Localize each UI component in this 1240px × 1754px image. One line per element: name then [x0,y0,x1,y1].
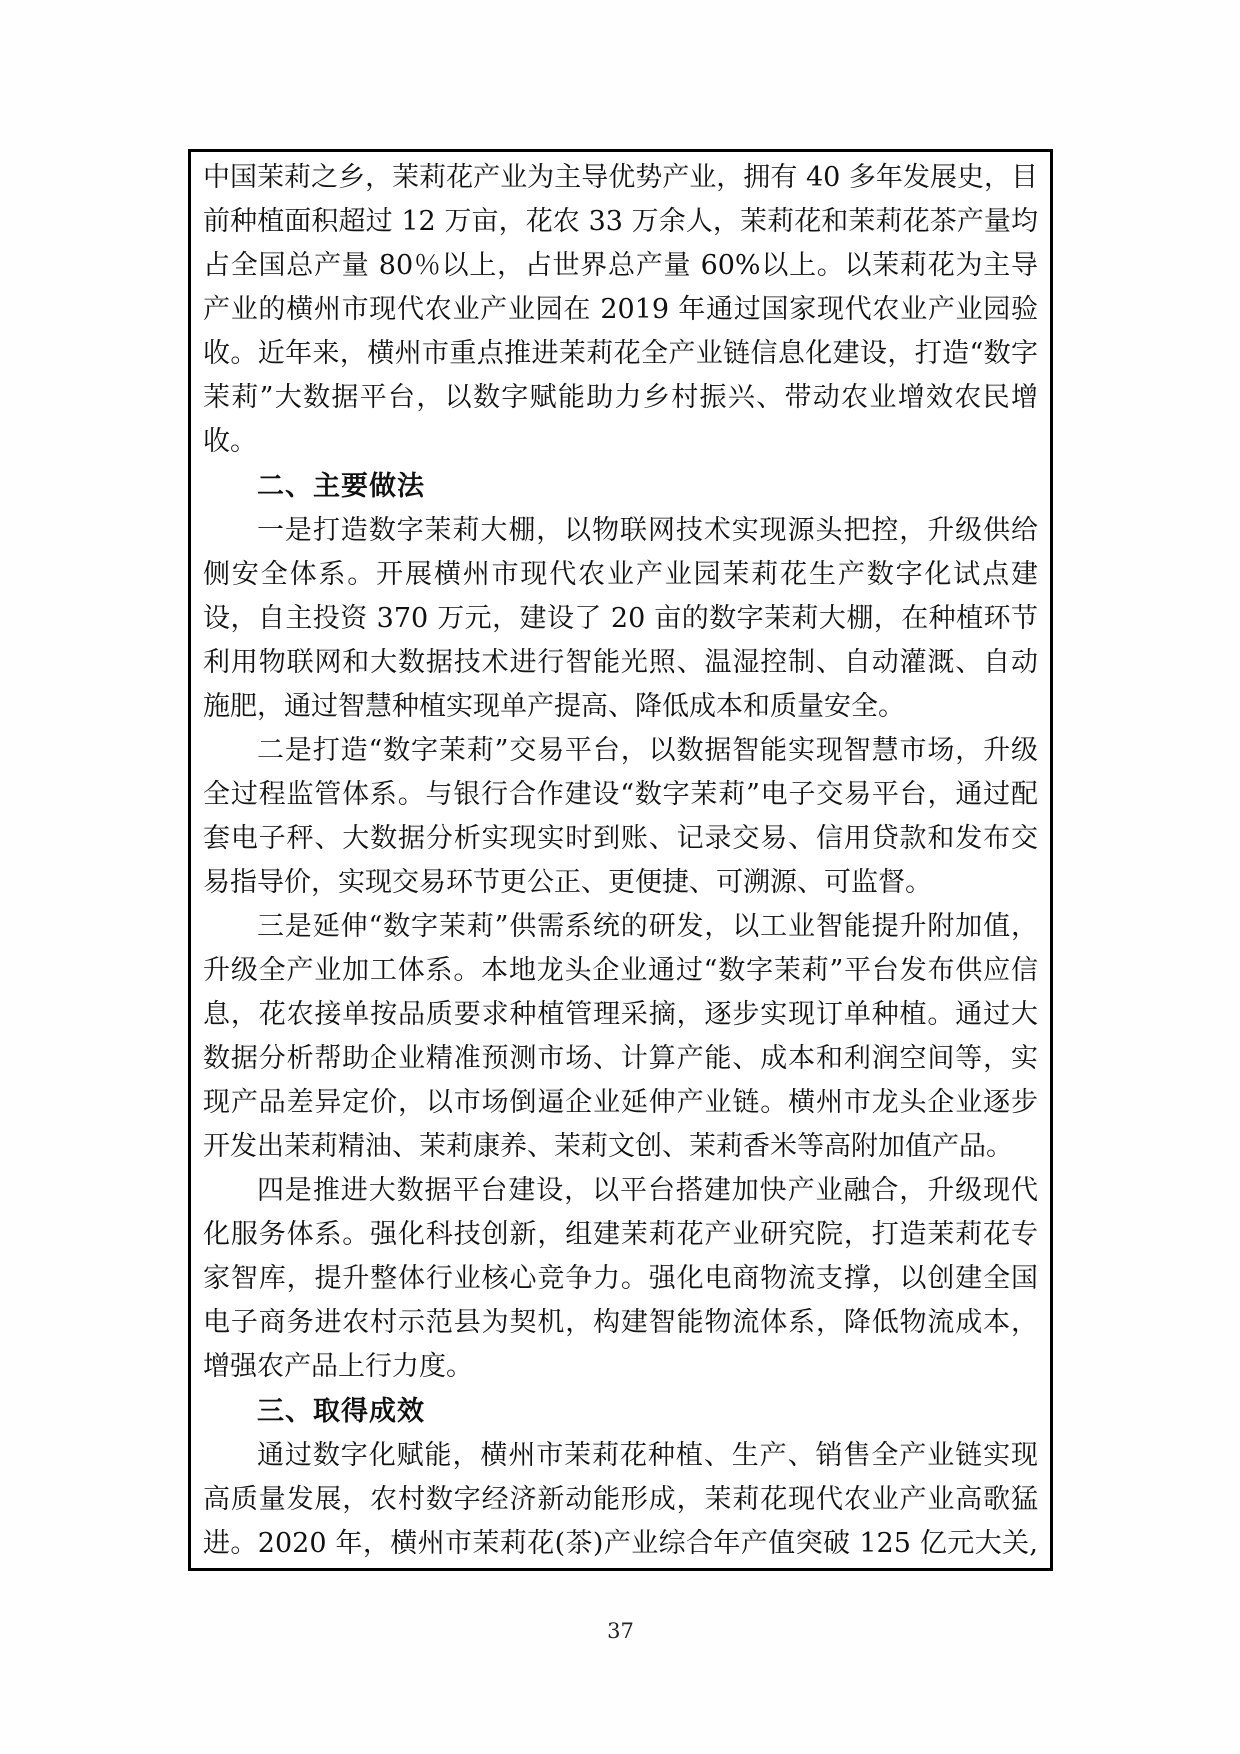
section-heading-achievements: 三、取得成效 [203,1389,1038,1434]
page-number: 37 [607,1619,634,1643]
section-heading-main-practices: 二、主要做法 [203,464,1038,509]
paragraph-measure-1: 一是打造数字茉莉大棚，以物联网技术实现源头把控，升级供给侧安全体系。开展横州市现… [203,509,1038,729]
paragraph-intro-continuation: 中国茉莉之乡，茉莉花产业为主导优势产业，拥有 40 多年发展史，目前种植面积超过… [203,156,1038,464]
paragraph-measure-2: 二是打造“数字茉莉”交易平台，以数据智能实现智慧市场，升级全过程监管体系。与银行… [203,729,1038,905]
content-border-box: 中国茉莉之乡，茉莉花产业为主导优势产业，拥有 40 多年发展史，目前种植面积超过… [188,149,1053,1571]
paragraph-measure-3: 三是延伸“数字茉莉”供需系统的研发，以工业智能提升附加值，升级全产业加工体系。本… [203,905,1038,1169]
page-footer: 37 [188,1614,1053,1648]
paragraph-measure-4: 四是推进大数据平台建设，以平台搭建加快产业融合，升级现代化服务体系。强化科技创新… [203,1169,1038,1389]
document-page: 中国茉莉之乡，茉莉花产业为主导优势产业，拥有 40 多年发展史，目前种植面积超过… [0,0,1240,1754]
paragraph-achievements: 通过数字化赋能，横州市茉莉花种植、生产、销售全产业链实现高质量发展，农村数字经济… [203,1434,1038,1571]
